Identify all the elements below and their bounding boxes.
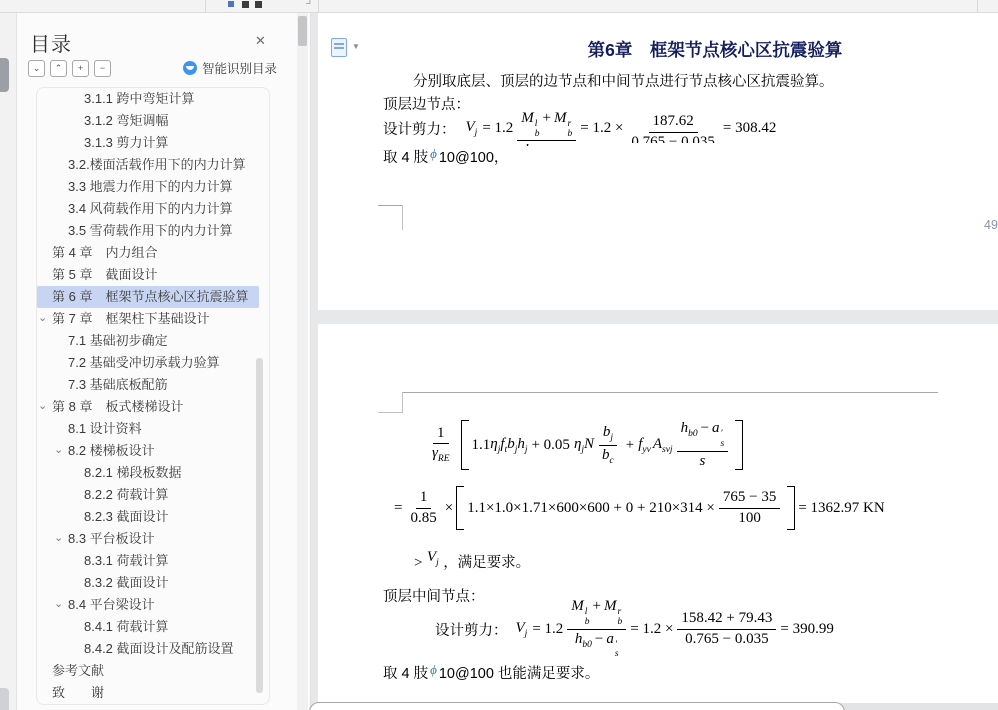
expand-all-button[interactable]: + bbox=[72, 60, 89, 77]
toc-item[interactable]: ⌄8.3 平台板设计 bbox=[37, 528, 259, 550]
toc-item[interactable]: 7.2 基础受冲切承载力验算 bbox=[37, 352, 259, 374]
text-boundary-mark bbox=[378, 412, 402, 413]
formula-shear-top-edge: 设计剪力： Vj = 1.2 Mlb+Mrb hb0−a′s = 1.2 × 1… bbox=[383, 112, 776, 144]
toc-item[interactable]: 8.3.1 荷载计算 bbox=[37, 550, 259, 572]
fraction: 1 0.85 bbox=[406, 489, 440, 527]
sidebar-scrollbar-track[interactable] bbox=[297, 13, 308, 710]
right-bracket bbox=[735, 420, 743, 470]
toc-item[interactable]: ⌄8.4 平台梁设计 bbox=[37, 594, 259, 616]
smart-toc-icon bbox=[183, 61, 197, 75]
toc-item-active[interactable]: 第 6 章 框架节点核心区抗震验算 bbox=[37, 286, 259, 308]
toc-item[interactable]: ⌄第 7 章 框架柱下基础设计 bbox=[37, 308, 259, 330]
toolbar-icon-fragment bbox=[242, 1, 249, 8]
collapse-down-button[interactable]: ⌄ bbox=[28, 60, 45, 77]
close-icon[interactable]: ✕ bbox=[255, 33, 266, 49]
fraction: hb0−a′s s bbox=[677, 420, 729, 470]
ribbon-separator bbox=[205, 0, 206, 12]
toc-item[interactable]: 3.1.3 剪力计算 bbox=[37, 132, 259, 154]
toc-item[interactable]: ⌄8.2 楼梯板设计 bbox=[37, 440, 259, 462]
toc-item[interactable]: 8.4.1 荷载计算 bbox=[37, 616, 259, 638]
toc-item[interactable]: 7.1 基础初步确定 bbox=[37, 330, 259, 352]
panel-drag-handle[interactable] bbox=[0, 58, 9, 92]
text-boundary-mark bbox=[402, 205, 403, 230]
toc-item[interactable]: 3.1.2 弯矩调幅 bbox=[37, 110, 259, 132]
toc-item[interactable]: 8.2.1 梯段板数据 bbox=[37, 462, 259, 484]
toc-item[interactable]: 第 5 章 截面设计 bbox=[37, 264, 259, 286]
stirrup-line: 取 4 肢ϕ10@100， bbox=[383, 146, 508, 167]
fraction: 158.42 + 79.43 0.765 − 0.035 bbox=[677, 610, 776, 648]
toc-item[interactable]: 3.3 地震力作用下的内力计算 bbox=[37, 176, 259, 198]
text-boundary-mark bbox=[402, 392, 403, 413]
panel-drag-handle-bottom[interactable] bbox=[0, 688, 9, 710]
right-bracket bbox=[787, 486, 795, 530]
chevron-down-icon[interactable]: ⌄ bbox=[54, 528, 63, 549]
toc-item[interactable]: 8.3.2 截面设计 bbox=[37, 572, 259, 594]
text-boundary-line bbox=[402, 392, 938, 393]
paragraph: 分别取底层、顶层的边节点和中间节点进行节点核心区抗震验算。 bbox=[413, 70, 834, 91]
toc-item[interactable]: 8.2.2 荷载计算 bbox=[37, 484, 259, 506]
formula-shear-mid-node: 设计剪力： Vj = 1.2 Mlb+Mrb hb0−a′s = 1.2 × 1… bbox=[435, 606, 834, 652]
text-boundary-mark bbox=[378, 205, 402, 206]
fraction: Mlb+Mrb hb0−a′s bbox=[567, 598, 626, 661]
page-gap bbox=[311, 310, 998, 324]
fraction: 1 γRE bbox=[428, 425, 454, 465]
toc-item[interactable]: 8.4.2 截面设计及配筋设置 bbox=[37, 638, 259, 660]
fraction: bj bc bbox=[598, 424, 618, 467]
ribbon-separator bbox=[318, 0, 319, 12]
left-bracket bbox=[456, 486, 464, 530]
chevron-down-icon[interactable]: ▼ bbox=[352, 42, 360, 51]
chevron-down-icon[interactable]: ⌄ bbox=[38, 308, 47, 329]
page-number: 49 bbox=[984, 218, 998, 232]
left-bracket bbox=[461, 420, 469, 470]
left-gutter bbox=[0, 13, 17, 710]
phi-symbol: ϕ bbox=[430, 662, 437, 677]
page-menu-button[interactable] bbox=[331, 38, 347, 57]
smart-toc-label: 智能识别目录 bbox=[202, 59, 277, 77]
toc-item[interactable]: 第 4 章 内力组合 bbox=[37, 242, 259, 264]
toc-item[interactable]: 3.5 雪荷载作用下的内力计算 bbox=[37, 220, 259, 242]
ribbon-strip: ┘ bbox=[0, 0, 998, 13]
toc-item[interactable]: 参考文献 bbox=[37, 660, 259, 682]
toc-item[interactable]: 3.1.1 跨中弯矩计算 bbox=[37, 88, 259, 110]
fraction: Mlb+Mrb hb0−a′s bbox=[517, 110, 576, 147]
sidebar-scrollbar-thumb[interactable] bbox=[298, 16, 307, 46]
toolbar-icon-fragment bbox=[228, 1, 234, 7]
collapse-all-button[interactable]: − bbox=[94, 60, 111, 77]
ribbon-separator bbox=[977, 0, 978, 12]
toc-item[interactable]: 8.2.3 截面设计 bbox=[37, 506, 259, 528]
paragraph: 顶层中间节点： bbox=[383, 585, 485, 606]
chapter-title: 第6章 框架节点核心区抗震验算 bbox=[430, 37, 998, 62]
toc-scrollbar-thumb[interactable] bbox=[256, 358, 263, 693]
chevron-down-icon[interactable]: ⌄ bbox=[38, 396, 47, 417]
fraction: 187.62 0.765 − 0.035 bbox=[627, 113, 718, 142]
fraction: 765 − 35 100 bbox=[719, 489, 780, 527]
corner-mark-icon: ┘ bbox=[306, 0, 314, 10]
toc-item[interactable]: 3.2.楼面活载作用下的内力计算 bbox=[37, 154, 259, 176]
toc-item[interactable]: ⌄第 8 章 板式楼梯设计 bbox=[37, 396, 259, 418]
toc-panel-title: 目录 bbox=[30, 28, 72, 57]
phi-symbol: ϕ bbox=[430, 146, 437, 161]
chevron-down-icon[interactable]: ⌄ bbox=[54, 440, 63, 461]
toolbar-icon-fragment bbox=[255, 1, 262, 8]
paragraph: 顶层边节点： bbox=[383, 93, 470, 114]
collapse-up-button[interactable]: ⌃ bbox=[50, 60, 67, 77]
final-line: 取 4 肢ϕ10@100 也能满足要求。 bbox=[383, 662, 599, 683]
formula-capacity-numeric: = 1 0.85 × 1.1×1.0×1.71×600×600 + 0 + 21… bbox=[394, 482, 885, 534]
toc-item[interactable]: 8.1 设计资料 bbox=[37, 418, 259, 440]
toc-panel: 目录 ✕ ⌄ ⌃ + − 智能识别目录 3.1.1 跨中弯矩计算 3.1.2 弯… bbox=[17, 13, 311, 710]
floating-toolbar[interactable] bbox=[309, 702, 845, 710]
check-line: > Vj ，满足要求。 bbox=[414, 549, 530, 572]
chevron-down-icon[interactable]: ⌄ bbox=[54, 594, 63, 615]
formula-joint-capacity: 1 γRE 1.1 ηjftbjhj + 0.05 ηjN bj bc + fy… bbox=[424, 416, 746, 474]
toc-list: 3.1.1 跨中弯矩计算 3.1.2 弯矩调幅 3.1.3 剪力计算 3.2.楼… bbox=[36, 87, 270, 705]
toc-item[interactable]: 7.3 基础底板配筋 bbox=[37, 374, 259, 396]
toc-item[interactable]: 致 谢 bbox=[37, 682, 259, 704]
smart-toc-button[interactable]: 智能识别目录 bbox=[183, 60, 277, 76]
toc-item[interactable]: 3.4 风荷载作用下的内力计算 bbox=[37, 198, 259, 220]
